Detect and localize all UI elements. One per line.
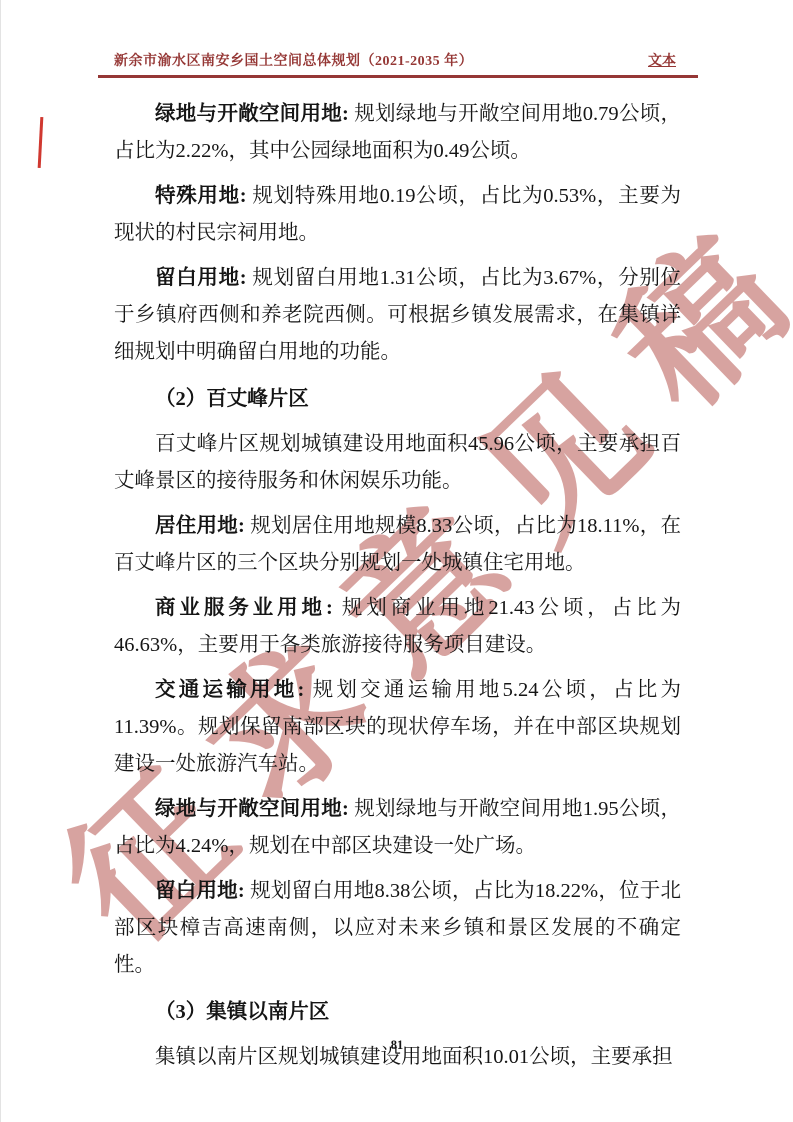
paragraph-label: 绿地与开敞空间用地: (155, 103, 349, 125)
body-paragraph: 留白用地: 规划留白用地1.31公顷，占比为3.67%，分别位于乡镇府西侧和养老… (114, 260, 681, 371)
page-number: 81 (391, 1038, 404, 1052)
paragraph-label: 居住用地: (155, 515, 245, 537)
section-heading: （2）百丈峰片区 (114, 381, 681, 418)
document-body: 绿地与开敞空间用地: 规划绿地与开敞空间用地0.79公顷，占比为2.22%，其中… (114, 96, 681, 1076)
paragraph-label: 特殊用地: (155, 185, 247, 207)
body-paragraph: 留白用地: 规划留白用地8.38公顷，占比为18.22%，位于北部区块樟吉高速南… (114, 873, 681, 984)
document-page: 新余市渝水区南安乡国土空间总体规划（2021-2035 年） 文本 征求意见稿 … (0, 0, 793, 1122)
body-paragraph: 绿地与开敞空间用地: 规划绿地与开敞空间用地0.79公顷，占比为2.22%，其中… (114, 96, 681, 170)
body-paragraph: 居住用地: 规划居住用地规模8.33公顷，占比为18.11%，在百丈峰片区的三个… (114, 508, 681, 582)
page-footer: 81 (1, 1038, 793, 1053)
paragraph-label: 交通运输用地: (155, 679, 304, 701)
body-paragraph: 商业服务业用地: 规划商业用地21.43公顷，占比为46.63%，主要用于各类旅… (114, 590, 681, 664)
body-paragraph: 绿地与开敞空间用地: 规划绿地与开敞空间用地1.95公顷，占比为4.24%，规划… (114, 791, 681, 865)
header-title: 新余市渝水区南安乡国土空间总体规划（2021-2035 年） (98, 50, 473, 70)
section-heading: （3）集镇以南片区 (114, 994, 681, 1031)
paragraph-label: 商业服务业用地: (155, 597, 333, 619)
body-paragraph: 百丈峰片区规划城镇建设用地面积45.96公顷，主要承担百丈峰景区的接待服务和休闲… (114, 426, 681, 500)
page-header: 新余市渝水区南安乡国土空间总体规划（2021-2035 年） 文本 (98, 50, 698, 78)
header-doc-type: 文本 (648, 50, 698, 70)
paragraph-label: 绿地与开敞空间用地: (155, 798, 349, 820)
body-paragraph: 交通运输用地: 规划交通运输用地5.24公顷，占比为11.39%。规划保留南部区… (114, 672, 681, 783)
paragraph-label: 留白用地: (155, 267, 247, 289)
margin-revision-mark (38, 117, 44, 168)
body-paragraph: 特殊用地: 规划特殊用地0.19公顷，占比为0.53%，主要为现状的村民宗祠用地… (114, 178, 681, 252)
paragraph-label: 留白用地: (155, 880, 245, 902)
